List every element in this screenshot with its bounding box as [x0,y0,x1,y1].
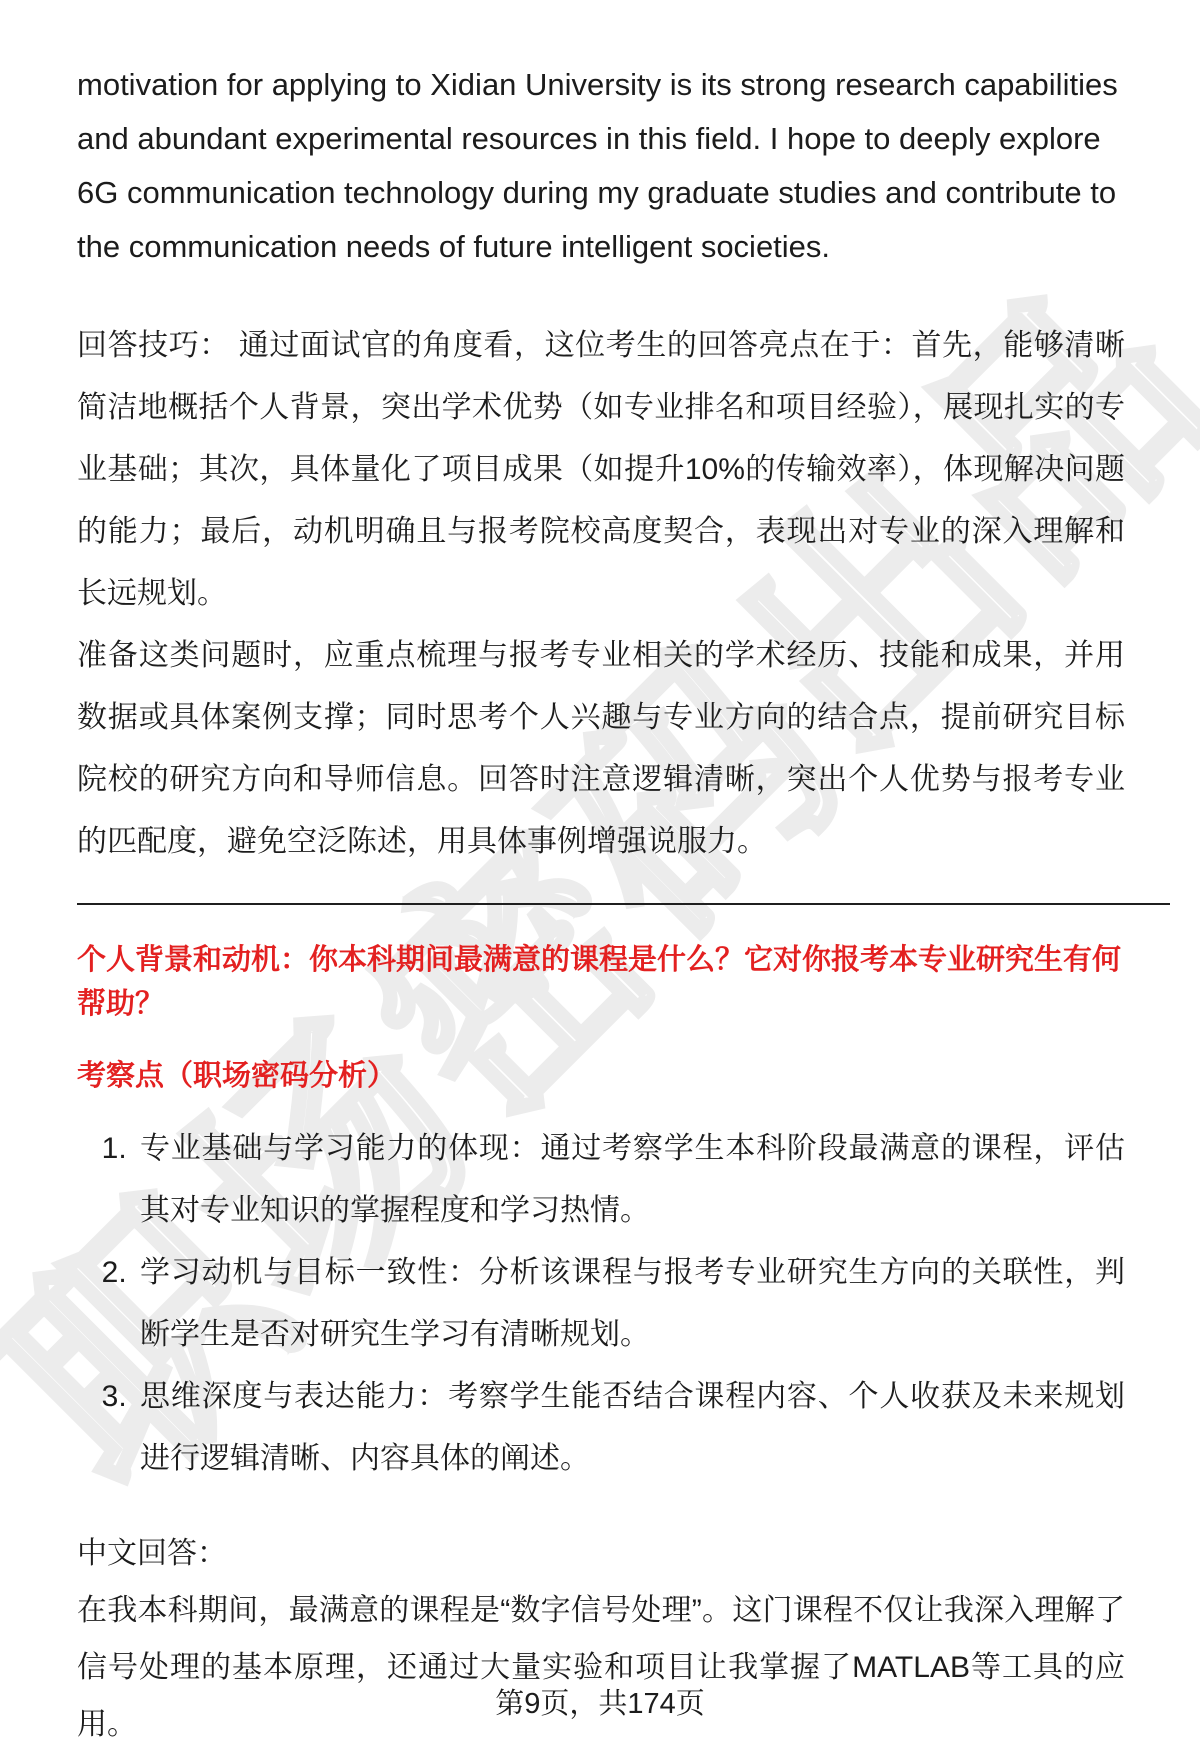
page-content: motivation for applying to Xidian Univer… [0,0,1200,1753]
analysis-point-item: 学习动机与目标一致性：分析该课程与报考专业研究生方向的关联性，判断学生是否对研究… [135,1242,1125,1366]
analysis-point-item: 专业基础与学习能力的体现：通过考察学生本科阶段最满意的课程，评估其对专业知识的掌… [135,1118,1125,1242]
document-page: 职场密码出品 motivation for applying to Xidian… [0,0,1200,1755]
answer-technique-paragraph: 回答技巧： 通过面试官的角度看，这位考生的回答亮点在于：首先，能够清晰简洁地概括… [77,315,1125,625]
chinese-answer-label: 中文回答： [77,1525,1125,1582]
chinese-answer-paragraph: 在我本科期间，最满意的课程是“数字信号处理”。这门课程不仅让我深入理解了信号处理… [77,1582,1125,1753]
preparation-advice-paragraph: 准备这类问题时，应重点梳理与报考专业相关的学术经历、技能和成果，并用数据或具体案… [77,625,1125,873]
analysis-point-item: 思维深度与表达能力：考察学生能否结合课程内容、个人收获及未来规划进行逻辑清晰、内… [135,1366,1125,1490]
page-number-footer: 第9页，共174页 [0,1686,1200,1722]
section-divider [77,903,1170,905]
analysis-points-heading: 考察点（职场密码分析） [77,1054,1125,1098]
interview-question-heading: 个人背景和动机：你本科期间最满意的课程是什么？它对你报考本专业研究生有何帮助？ [77,938,1125,1026]
analysis-points-list: 专业基础与学习能力的体现：通过考察学生本科阶段最满意的课程，评估其对专业知识的掌… [77,1118,1125,1490]
english-answer-paragraph: motivation for applying to Xidian Univer… [77,58,1125,274]
